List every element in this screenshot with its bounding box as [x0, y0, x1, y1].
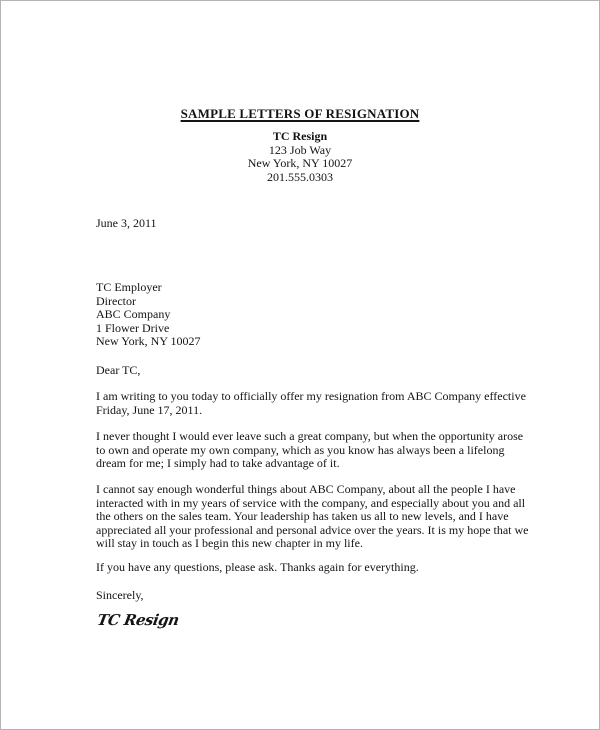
letter-page: SAMPLE LETTERS OF RESIGNATION TC Resign …	[0, 0, 600, 730]
body-paragraph-2: I never thought I would ever leave such …	[96, 430, 532, 471]
sender-address-line2: New York, NY 10027	[1, 157, 599, 171]
recipient-address-line1: 1 Flower Drive	[96, 322, 201, 336]
sender-block: TC Resign 123 Job Way New York, NY 10027…	[1, 130, 599, 184]
body-paragraph-3: I cannot say enough wonderful things abo…	[96, 483, 532, 551]
recipient-company: ABC Company	[96, 308, 201, 322]
closing: Sincerely,	[96, 589, 144, 603]
recipient-name: TC Employer	[96, 281, 201, 295]
recipient-address-line2: New York, NY 10027	[96, 335, 201, 349]
signature-script: TC Resign	[96, 614, 180, 628]
body-paragraph-4: If you have any questions, please ask. T…	[96, 561, 532, 575]
salutation: Dear TC,	[96, 364, 140, 378]
sender-address-line1: 123 Job Way	[1, 144, 599, 158]
letter-date: June 3, 2011	[96, 217, 157, 231]
recipient-job-title: Director	[96, 295, 201, 309]
body-paragraph-1: I am writing to you today to officially …	[96, 390, 532, 417]
sender-name: TC Resign	[1, 130, 599, 144]
recipient-block: TC Employer Director ABC Company 1 Flowe…	[96, 281, 201, 349]
document-title: SAMPLE LETTERS OF RESIGNATION	[1, 107, 599, 121]
sender-phone: 201.555.0303	[1, 171, 599, 185]
